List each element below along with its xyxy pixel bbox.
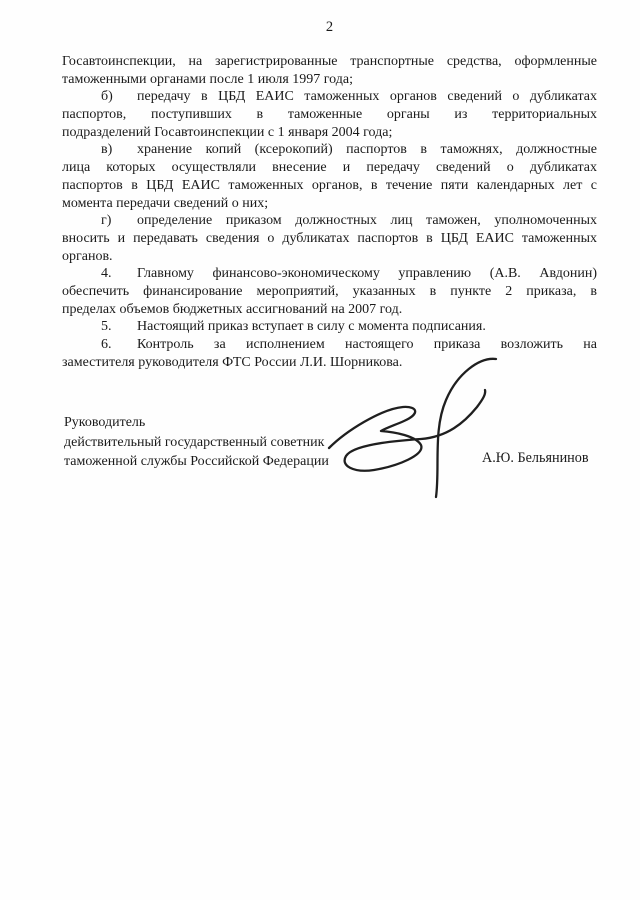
- list-label: 6.: [101, 336, 137, 354]
- list-label: 4.: [101, 265, 137, 283]
- body-line: 6.Контроль за исполнением настоящего при…: [62, 336, 597, 354]
- body-line: паспортов, поступивших в таможенные орга…: [62, 106, 597, 124]
- line-text: Настоящий приказ вступает в силу с момен…: [137, 319, 486, 334]
- body-line: в)хранение копий (ксерокопий) паспортов …: [62, 141, 597, 159]
- line-text: хранение копий (ксерокопий) паспортов в …: [137, 142, 597, 157]
- line-text: передачу в ЦБД ЕАИС таможенных органов с…: [137, 89, 597, 104]
- body-line: б)передачу в ЦБД ЕАИС таможенных органов…: [62, 88, 597, 106]
- body-line: Госавтоинспекции, на зарегистрированные …: [62, 53, 597, 71]
- signer-role-line: действительный государственный советник: [64, 433, 329, 453]
- list-label: в): [101, 141, 137, 159]
- document-body: Госавтоинспекции, на зарегистрированные …: [62, 53, 597, 371]
- body-line: г)определение приказом должностных лиц т…: [62, 212, 597, 230]
- document-page: 2 Госавтоинспекции, на зарегистрированны…: [0, 0, 640, 900]
- body-line: обеспечить финансирование мероприятий, у…: [62, 283, 597, 301]
- body-line: органов.: [62, 248, 597, 266]
- signature-stroke-flourish: [329, 390, 485, 471]
- body-line: 4.Главному финансово-экономическому упра…: [62, 265, 597, 283]
- body-line: заместителя руководителя ФТС России Л.И.…: [62, 354, 597, 372]
- signature-stroke-main: [436, 359, 496, 497]
- list-label: г): [101, 212, 137, 230]
- signer-name: А.Ю. Бельянинов: [482, 449, 589, 467]
- list-label: б): [101, 88, 137, 106]
- line-text: определение приказом должностных лиц там…: [137, 213, 597, 228]
- body-line: лица которых осуществляли внесение и пер…: [62, 159, 597, 177]
- body-line: подразделений Госавтоинспекции с 1 январ…: [62, 124, 597, 142]
- body-line: таможенными органами после 1 июля 1997 г…: [62, 71, 597, 89]
- line-text: Контроль за исполнением настоящего прика…: [137, 337, 597, 352]
- body-line: момента передачи сведений о них;: [62, 195, 597, 213]
- list-label: 5.: [101, 318, 137, 336]
- body-line: 5.Настоящий приказ вступает в силу с мом…: [62, 318, 597, 336]
- signer-role-line: Руководитель: [64, 413, 329, 433]
- signer-role-line: таможенной службы Российской Федерации: [64, 452, 329, 472]
- body-line: пределах объемов бюджетных ассигнований …: [62, 301, 597, 319]
- body-line: паспортов в ЦБД ЕАИС таможенных органов,…: [62, 177, 597, 195]
- page-number: 2: [62, 19, 597, 36]
- signature-block: Руководитель действительный государствен…: [64, 413, 329, 472]
- body-line: вносить и передавать сведения о дубликат…: [62, 230, 597, 248]
- line-text: Главному финансово-экономическому управл…: [137, 266, 597, 281]
